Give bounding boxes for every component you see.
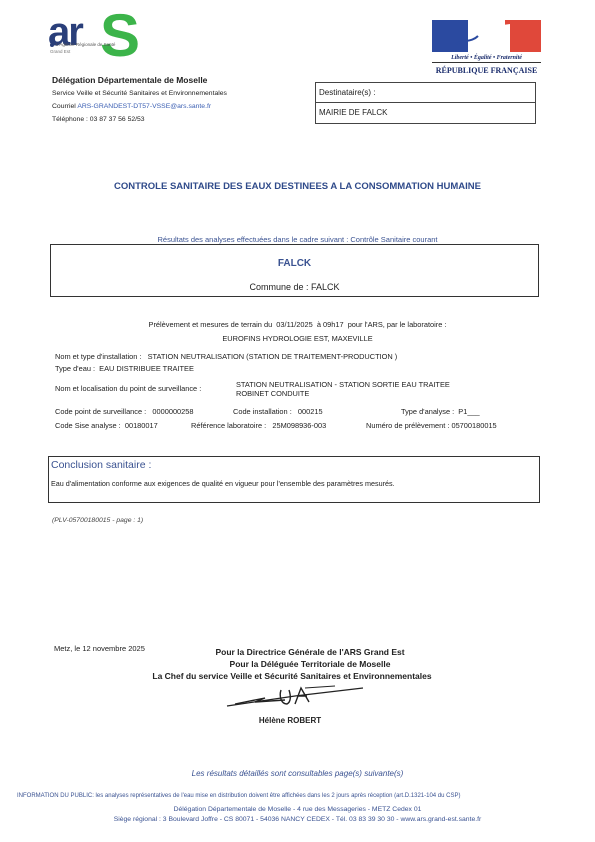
sampling-info: Prélèvement et mesures de terrain du 03/… xyxy=(0,318,595,346)
sampling-time: à 09h17 xyxy=(317,320,344,329)
conclusion-title: Conclusion sanitaire : xyxy=(51,459,151,471)
recipient-box: Destinataire(s) : MAIRIE DE FALCK xyxy=(315,82,536,124)
sampling-date: 03/11/2025 xyxy=(276,320,312,329)
republic-motto: Liberté • Égalité • Fraternité xyxy=(432,55,541,63)
page-reference: (PLV-05700180015 - page : 1) xyxy=(52,517,143,524)
laboratory-name: EUROFINS HYDROLOGIE EST, MAXEVILLE xyxy=(0,332,595,346)
handwritten-signature-icon xyxy=(225,684,365,710)
sender-block: Délégation Départementale de Moselle Ser… xyxy=(52,74,227,126)
detailed-results-note: Les résultats détaillés sont consultable… xyxy=(0,769,595,778)
point-label: Nom et localisation du point de surveill… xyxy=(55,384,201,393)
installation-code-field: Code installation : 000215 xyxy=(233,407,323,416)
signer-name: Hélène ROBERT xyxy=(0,716,580,725)
marianne-flag-icon xyxy=(432,20,541,52)
installation-field: Nom et type d'installation : STATION NEU… xyxy=(55,352,397,361)
ars-logo-subtitle: L'Agence Régionale de Santé xyxy=(50,42,115,47)
point-code-field: Code point de surveillance : 0000000258 xyxy=(55,407,194,416)
sender-title: Délégation Départementale de Moselle xyxy=(52,74,227,87)
ars-dot-icon xyxy=(50,43,54,47)
analysis-type-field: Type d'analyse : P1___ xyxy=(401,407,480,416)
sise-code-field: Code Sise analyse : 00180017 xyxy=(55,421,158,430)
sender-service: Service Veille et Sécurité Sanitaires et… xyxy=(52,87,227,100)
document-title: CONTROLE SANITAIRE DES EAUX DESTINEES A … xyxy=(0,181,595,192)
republic-name: RÉPUBLIQUE FRANÇAISE xyxy=(432,66,541,75)
ars-logo: ar S L'Agence Régionale de Santé Grand E… xyxy=(48,12,148,67)
sender-email-link[interactable]: ARS-GRANDEST-DT57-VSSE@ars.sante.fr xyxy=(77,103,211,110)
water-type-field: Type d'eau : EAU DISTRIBUEE TRAITEE xyxy=(55,364,194,373)
commune-box: FALCK Commune de : FALCK xyxy=(50,244,539,297)
ars-logo-s: S xyxy=(100,6,140,66)
installation-value: STATION NEUTRALISATION (STATION DE TRAIT… xyxy=(148,352,398,361)
results-context: Résultats des analyses effectuées dans l… xyxy=(0,235,595,244)
signature-authority: Pour la Directrice Générale de l'ARS Gra… xyxy=(100,646,520,682)
commune-name: FALCK xyxy=(51,258,538,269)
recipient-value: MAIRIE DE FALCK xyxy=(316,102,535,122)
conclusion-box: Conclusion sanitaire : Eau d'alimentatio… xyxy=(48,456,540,503)
water-type-value: EAU DISTRIBUEE TRAITEE xyxy=(99,364,194,373)
commune-line: Commune de : FALCK xyxy=(51,282,538,292)
point-value: STATION NEUTRALISATION - STATION SORTIE … xyxy=(236,380,450,398)
sender-phone: Téléphone : 03 87 37 56 52/53 xyxy=(52,113,227,126)
sampling-line: Prélèvement et mesures de terrain du 03/… xyxy=(0,318,595,332)
footer-address: Délégation Départementale de Moselle - 4… xyxy=(0,805,595,825)
conclusion-text: Eau d'alimentation conforme aux exigence… xyxy=(51,479,395,488)
republique-francaise-logo: Liberté • Égalité • Fraternité RÉPUBLIQU… xyxy=(432,20,541,78)
public-information: INFORMATION DU PUBLIC: les analyses repr… xyxy=(17,793,460,799)
ars-logo-region: Grand Est xyxy=(50,49,70,54)
recipient-label: Destinataire(s) : xyxy=(316,83,535,102)
sample-number-field: Numéro de prélèvement : 05700180015 xyxy=(366,421,497,430)
lab-reference-field: Référence laboratoire : 25M098936-003 xyxy=(191,421,326,430)
sender-email-line: Courriel ARS-GRANDEST-DT57-VSSE@ars.sant… xyxy=(52,100,227,113)
